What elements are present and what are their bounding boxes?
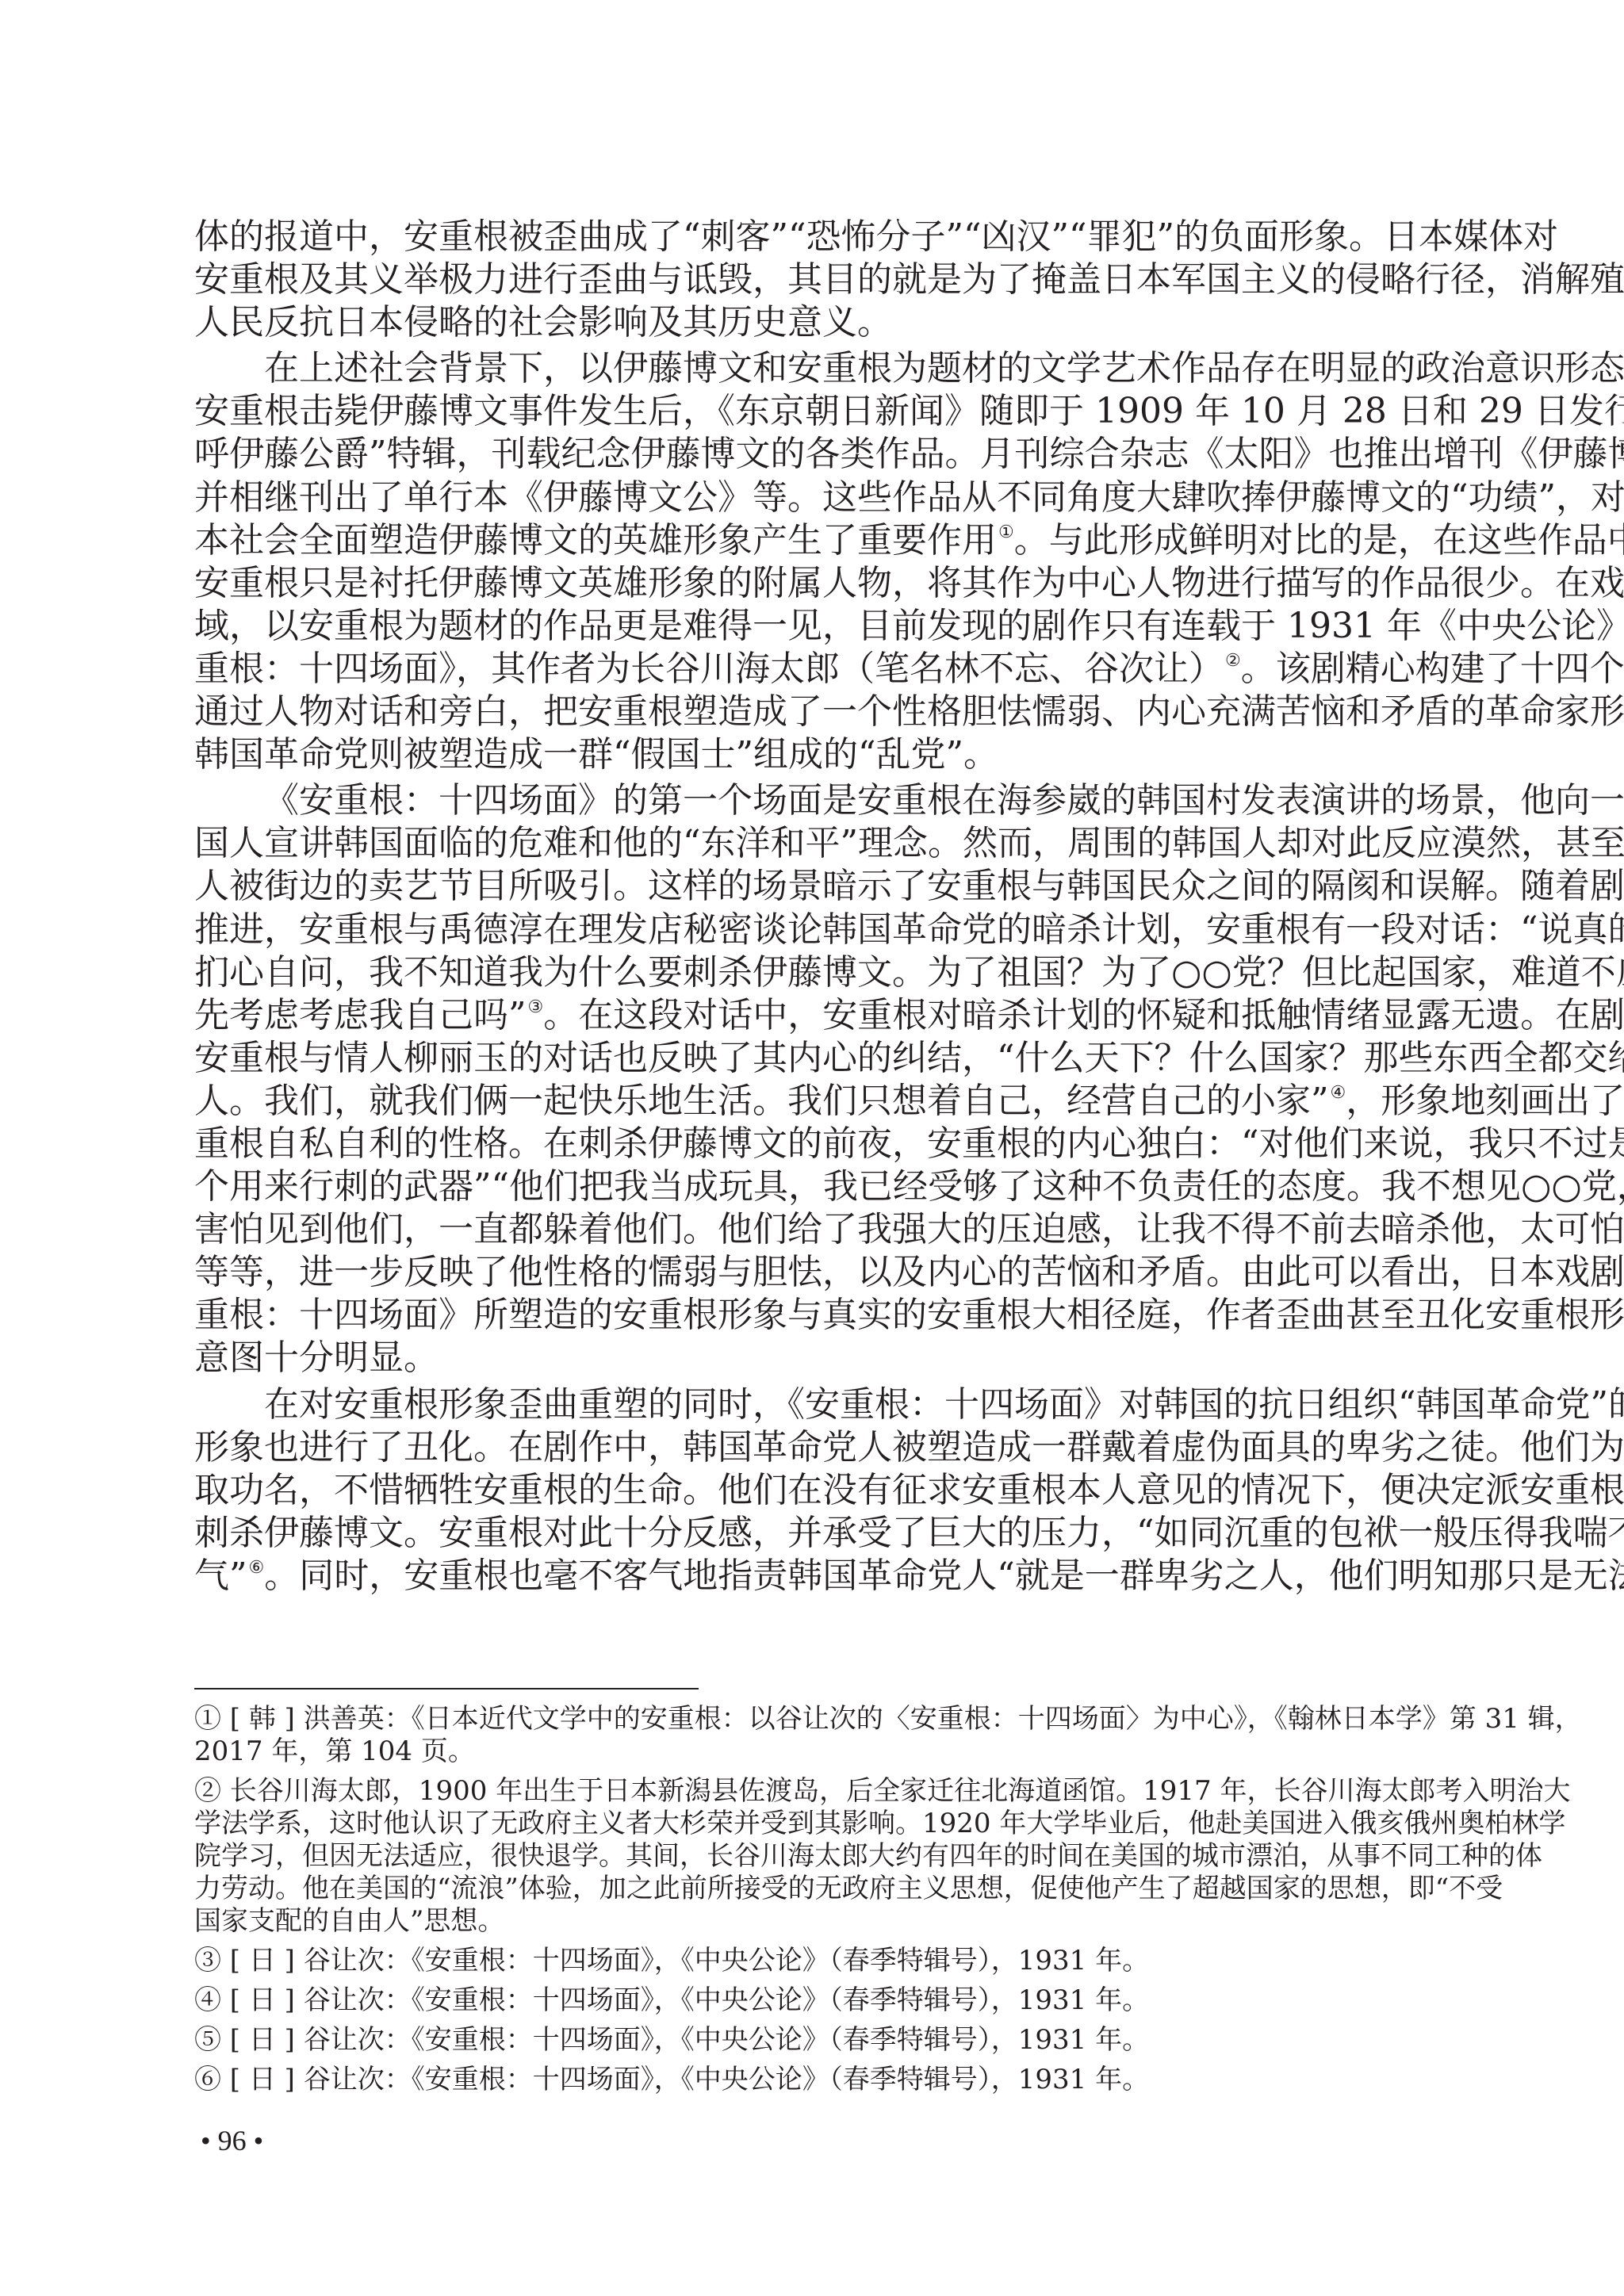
footnotes: ① [ 韩 ] 洪善英：《日本近代文学中的安重根：以谷让次的〈安重根：十四场面〉… <box>194 1703 1430 2096</box>
body-line-text: 国人宣讲韩国面临的危难和他的“东洋和平”理念。然而，周围的韩国人却对此反应漠然，… <box>194 823 1624 863</box>
body-line-text: 取功名，不惜牺牲安重根的生命。他们在没有征求安重根本人意见的情况下，便决定派安重… <box>194 1470 1624 1510</box>
body-line-text: 重根：十四场面》所塑造的安重根形象与真实的安重根大相径庭，作者歪曲甚至丑化安重根… <box>194 1295 1624 1335</box>
body-line: 人被街边的卖艺节目所吸引。这样的场景暗示了安重根与韩国民众之间的隔阂和误解。随着… <box>194 865 1430 908</box>
body-line-text: 韩国革命党则被塑造成一群“假国士”组成的“乱党”。 <box>194 734 998 775</box>
body-line: 国人宣讲韩国面临的危难和他的“东洋和平”理念。然而，周围的韩国人却对此反应漠然，… <box>194 822 1430 865</box>
body-line: 本社会全面塑造伊藤博文的英雄形象产生了重要作用①。与此形成鲜明对比的是，在这些作… <box>194 519 1430 562</box>
body-line: 呼伊藤公爵”特辑，刊载纪念伊藤博文的各类作品。月刊综合杂志《太阳》也推出增刊《伊… <box>194 433 1430 476</box>
body-line: 在对安重根形象歪曲重塑的同时，《安重根：十四场面》对韩国的抗日组织“韩国革命党”… <box>194 1383 1430 1426</box>
body-line-text: 意图十分明显。 <box>194 1337 439 1378</box>
footnote-item: ④ [ 日 ] 谷让次：《安重根：十四场面》，《中央公论》（春季特辑号），193… <box>194 1984 1430 2017</box>
footnote-line: ② 长谷川海太郎，1900 年出生于日本新潟县佐渡岛，后全家迁往北海道函馆。19… <box>194 1775 1430 1808</box>
footnote-marker[interactable]: ⑥ <box>249 1558 265 1578</box>
body-line-text: 先考虑考虑我自己吗” <box>194 995 527 1035</box>
body-line-text-after: 。在这段对话中，安重根对暗杀计划的怀疑和抵触情绪显露无遗。在剧中， <box>543 995 1624 1035</box>
body-line-text: 并相继刊出了单行本《伊藤博文公》等。这些作品从不同角度大肆吹捧伊藤博文的“功绩”… <box>194 477 1624 518</box>
footnote-line: 2017 年，第 104 页。 <box>194 1735 1430 1768</box>
body-line-text-after: 。与此形成鲜明对比的是，在这些作品中， <box>1014 520 1624 561</box>
body-line: 形象也进行了丑化。在剧作中，韩国革命党人被塑造成一群戴着虚伪面具的卑劣之徒。他们… <box>194 1426 1430 1469</box>
body-line-text: 害怕见到他们，一直都躲着他们。他们给了我强大的压迫感，让我不得不前去暗杀他，太可… <box>194 1209 1624 1249</box>
footnote-marker[interactable]: ① <box>998 522 1014 542</box>
footnote-line: ⑤ [ 日 ] 谷让次：《安重根：十四场面》，《中央公论》（春季特辑号），193… <box>194 2024 1430 2057</box>
body-line: 刺杀伊藤博文。安重根对此十分反感，并承受了巨大的压力，“如同沉重的包袱一般压得我… <box>194 1512 1430 1555</box>
footnote-marker[interactable]: ② <box>1225 651 1241 671</box>
body-line: 通过人物对话和旁白，把安重根塑造成了一个性格胆怯懦弱、内心充满苦恼和矛盾的革命家… <box>194 691 1430 733</box>
body-line: 气”⑥。同时，安重根也毫不客气地指责韩国革命党人“就是一群卑劣之人，他们明知那只… <box>194 1555 1430 1598</box>
body-line: 安重根与情人柳丽玉的对话也反映了其内心的纠结，“什么天下？什么国家？那些东西全都… <box>194 1037 1430 1080</box>
body-line: 韩国革命党则被塑造成一群“假国士”组成的“乱党”。 <box>194 733 1430 776</box>
body-line: 体的报道中，安重根被歪曲成了“刺客”“恐怖分子”“凶汉”“罪犯”的负面形象。日本… <box>194 216 1430 258</box>
footnote-divider <box>194 1688 699 1689</box>
body-line-text: 推进，安重根与禹德淳在理发店秘密谈论韩国革命党的暗杀计划，安重根有一段对话：“说… <box>194 909 1624 950</box>
footnote-item: ③ [ 日 ] 谷让次：《安重根：十四场面》，《中央公论》（春季特辑号），193… <box>194 1945 1430 1977</box>
body-line-text: 在对安重根形象歪曲重塑的同时，《安重根：十四场面》对韩国的抗日组织“韩国革命党”… <box>264 1384 1624 1425</box>
body-line-text: 人。我们，就我们俩一起快乐地生活。我们只想着自己，经营自己的小家” <box>194 1081 1329 1121</box>
body-line: 《安重根：十四场面》的第一个场面是安重根在海参崴的韩国村发表演讲的场景，他向一群… <box>194 779 1430 822</box>
body-line: 人。我们，就我们俩一起快乐地生活。我们只想着自己，经营自己的小家”④，形象地刻画… <box>194 1080 1430 1123</box>
body-line-text: 气” <box>194 1556 247 1596</box>
body-line-text: 在上述社会背景下，以伊藤博文和安重根为题材的文学艺术作品存在明显的政治意识形态倾… <box>264 348 1624 388</box>
body-line: 安重根及其义举极力进行歪曲与诋毁，其目的就是为了掩盖日本军国主义的侵略行径，消解… <box>194 258 1430 301</box>
body-text: 体的报道中，安重根被歪曲成了“刺客”“恐怖分子”“凶汉”“罪犯”的负面形象。日本… <box>194 216 1430 1598</box>
page-number: • 96 • <box>201 2125 263 2156</box>
body-line-text: 本社会全面塑造伊藤博文的英雄形象产生了重要作用 <box>194 520 997 561</box>
body-line: 并相继刊出了单行本《伊藤博文公》等。这些作品从不同角度大肆吹捧伊藤博文的“功绩”… <box>194 476 1430 519</box>
body-line: 人民反抗日本侵略的社会影响及其历史意义。 <box>194 301 1430 344</box>
footnote-line: 力劳动。他在美国的“流浪”体验，加之此前所接受的无政府主义思想，促使他产生了超越… <box>194 1873 1430 1905</box>
footnote-line: 国家支配的自由人”思想。 <box>194 1905 1430 1938</box>
body-line-text: 安重根只是衬托伊藤博文英雄形象的附属人物，将其作为中心人物进行描写的作品很少。在… <box>194 563 1624 603</box>
footnote-line: ① [ 韩 ] 洪善英：《日本近代文学中的安重根：以谷让次的〈安重根：十四场面〉… <box>194 1703 1430 1735</box>
footnote-line: 学法学系，这时他认识了无政府主义者大杉荣并受到其影响。1920 年大学毕业后，他… <box>194 1808 1430 1840</box>
body-line: 安重根击毙伊藤博文事件发生后，《东京朝日新闻》随即于 1909 年 10 月 2… <box>194 390 1430 433</box>
body-line-text: 刺杀伊藤博文。安重根对此十分反感，并承受了巨大的压力，“如同沉重的包袱一般压得我… <box>194 1513 1624 1553</box>
body-line-text: 安重根击毙伊藤博文事件发生后，《东京朝日新闻》随即于 1909 年 10 月 2… <box>194 391 1624 431</box>
body-line: 重根：十四场面》所塑造的安重根形象与真实的安重根大相径庭，作者歪曲甚至丑化安重根… <box>194 1294 1430 1337</box>
body-line: 推进，安重根与禹德淳在理发店秘密谈论韩国革命党的暗杀计划，安重根有一段对话：“说… <box>194 909 1430 951</box>
footnote-marker[interactable]: ③ <box>528 997 544 1017</box>
body-line-text: 体的报道中，安重根被歪曲成了“刺客”“恐怖分子”“凶汉”“罪犯”的负面形象。日本… <box>194 216 1558 257</box>
footnote-item: ① [ 韩 ] 洪善英：《日本近代文学中的安重根：以谷让次的〈安重根：十四场面〉… <box>194 1703 1430 1768</box>
footnote-line: ④ [ 日 ] 谷让次：《安重根：十四场面》，《中央公论》（春季特辑号），193… <box>194 1984 1430 2017</box>
body-line-text: 人被街边的卖艺节目所吸引。这样的场景暗示了安重根与韩国民众之间的隔阂和误解。随着… <box>194 866 1624 906</box>
footnote-item: ⑤ [ 日 ] 谷让次：《安重根：十四场面》，《中央公论》（春季特辑号），193… <box>194 2024 1430 2057</box>
footnote-item: ② 长谷川海太郎，1900 年出生于日本新潟县佐渡岛，后全家迁往北海道函馆。19… <box>194 1775 1430 1938</box>
body-line-text: 通过人物对话和旁白，把安重根塑造成了一个性格胆怯懦弱、内心充满苦恼和矛盾的革命家… <box>194 691 1624 732</box>
body-line: 域，以安重根为题材的作品更是难得一见，目前发现的剧作只有连载于 1931 年《中… <box>194 605 1430 648</box>
body-line: 重根自私自利的性格。在刺杀伊藤博文的前夜，安重根的内心独白：“对他们来说，我只不… <box>194 1123 1430 1165</box>
footnote-line: ③ [ 日 ] 谷让次：《安重根：十四场面》，《中央公论》（春季特辑号），193… <box>194 1945 1430 1977</box>
body-line-text: 呼伊藤公爵”特辑，刊载纪念伊藤博文的各类作品。月刊综合杂志《太阳》也推出增刊《伊… <box>194 434 1624 474</box>
body-line-text: 域，以安重根为题材的作品更是难得一见，目前发现的剧作只有连载于 1931 年《中… <box>194 606 1624 646</box>
body-line-text: 等等，进一步反映了他性格的懦弱与胆怯，以及内心的苦恼和矛盾。由此可以看出，日本戏… <box>194 1252 1624 1292</box>
body-line: 个用来行刺的武器”“他们把我当成玩具，我已经受够了这种不负责任的态度。我不想见○… <box>194 1165 1430 1208</box>
body-line: 取功名，不惜牺牲安重根的生命。他们在没有征求安重根本人意见的情况下，便决定派安重… <box>194 1469 1430 1512</box>
body-line: 害怕见到他们，一直都躲着他们。他们给了我强大的压迫感，让我不得不前去暗杀他，太可… <box>194 1208 1430 1251</box>
body-line: 重根：十四场面》，其作者为长谷川海太郎（笔名林不忘、谷次让）②。该剧精心构建了十… <box>194 648 1430 691</box>
footnote-marker[interactable]: ④ <box>1331 1083 1346 1103</box>
body-line: 在上述社会背景下，以伊藤博文和安重根为题材的文学艺术作品存在明显的政治意识形态倾… <box>194 347 1430 390</box>
body-line-text-after: 。该剧精心构建了十四个场面， <box>1241 649 1624 689</box>
body-line-text: 安重根及其义举极力进行歪曲与诋毁，其目的就是为了掩盖日本军国主义的侵略行径，消解… <box>194 259 1624 300</box>
body-line-text: 重根：十四场面》，其作者为长谷川海太郎（笔名林不忘、谷次让） <box>194 649 1224 689</box>
body-line: 意图十分明显。 <box>194 1337 1430 1380</box>
body-line: 等等，进一步反映了他性格的懦弱与胆怯，以及内心的苦恼和矛盾。由此可以看出，日本戏… <box>194 1251 1430 1294</box>
body-line: 先考虑考虑我自己吗”③。在这段对话中，安重根对暗杀计划的怀疑和抵触情绪显露无遗。… <box>194 994 1430 1037</box>
body-line-text-after: 。同时，安重根也毫不客气地指责韩国革命党人“就是一群卑劣之人，他们明知那只是无法 <box>264 1556 1624 1596</box>
body-line-text: 形象也进行了丑化。在剧作中，韩国革命党人被塑造成一群戴着虚伪面具的卑劣之徒。他们… <box>194 1427 1624 1468</box>
footnote-line: 院学习，但因无法适应，很快退学。其间，长谷川海太郎大约有四年的时间在美国的城市漂… <box>194 1840 1430 1873</box>
body-line-text: 人民反抗日本侵略的社会影响及其历史意义。 <box>194 302 892 342</box>
body-line: 扪心自问，我不知道我为什么要刺杀伊藤博文。为了祖国？为了○○党？但比起国家，难道… <box>194 951 1430 994</box>
body-line-text: 重根自私自利的性格。在刺杀伊藤博文的前夜，安重根的内心独白：“对他们来说，我只不… <box>194 1123 1624 1164</box>
footnote-item: ⑥ [ 日 ] 谷让次：《安重根：十四场面》，《中央公论》（春季特辑号），193… <box>194 2064 1430 2096</box>
body-line-text: 安重根与情人柳丽玉的对话也反映了其内心的纠结，“什么天下？什么国家？那些东西全都… <box>194 1038 1624 1078</box>
body-line: 安重根只是衬托伊藤博文英雄形象的附属人物，将其作为中心人物进行描写的作品很少。在… <box>194 562 1430 605</box>
body-line-text: 《安重根：十四场面》的第一个场面是安重根在海参崴的韩国村发表演讲的场景，他向一群… <box>264 780 1624 821</box>
footnote-line: ⑥ [ 日 ] 谷让次：《安重根：十四场面》，《中央公论》（春季特辑号），193… <box>194 2064 1430 2096</box>
body-line-text: 个用来行刺的武器”“他们把我当成玩具，我已经受够了这种不负责任的态度。我不想见○… <box>194 1166 1624 1207</box>
body-line-text: 扪心自问，我不知道我为什么要刺杀伊藤博文。为了祖国？为了○○党？但比起国家，难道… <box>194 952 1624 993</box>
body-line-text-after: ，形象地刻画出了安 <box>1346 1081 1624 1121</box>
